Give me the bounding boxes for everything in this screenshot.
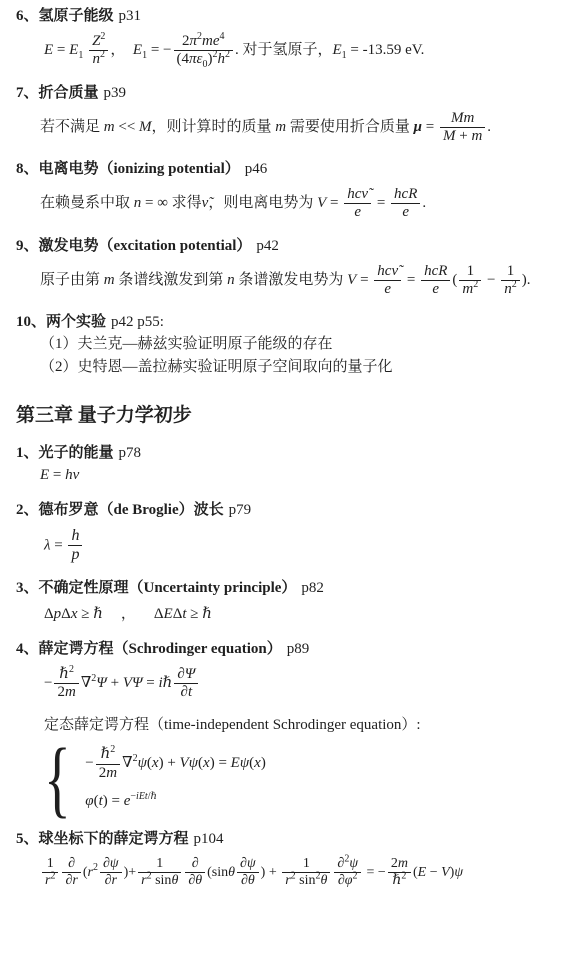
time-independent-note: 定态薛定谔方程（time-independent Schrodinger equ…	[44, 713, 568, 734]
de-broglie-formula: λ = hp	[44, 527, 568, 565]
uncertainty-formula: ΔpΔx ≥ ℏ ， ΔEΔt ≥ ℏ	[44, 605, 568, 625]
section-title: 2、德布罗意（de Broglie）波长	[16, 502, 224, 518]
section-title: 3、不确定性原理（Uncertainty principle）	[16, 580, 296, 596]
section-heading: 7、折合质量p39	[16, 83, 568, 104]
section-title: 1、光子的能量	[16, 445, 114, 461]
section-schrodinger-equation: 4、薛定谔方程（Schrodinger equation）p89 −ℏ22m∇2…	[16, 639, 568, 816]
section-title: 10、两个实验	[16, 314, 106, 330]
section-hydrogen-energy-levels: 6、氢原子能级p31 E = E1 Z2n2， E1 = −2π2me4(4πε…	[16, 6, 568, 69]
section-de-broglie-wavelength: 2、德布罗意（de Broglie）波长p79 λ = hp	[16, 500, 568, 565]
section-schrodinger-spherical: 5、球坐标下的薛定谔方程p104 1r2∂∂r(r2∂ψ∂r)+1r2 sinθ…	[16, 829, 568, 889]
section-title: 8、电离电势（ionizing potential）	[16, 161, 240, 177]
section-ionizing-potential: 8、电离电势（ionizing potential）p46 在赖曼系中取 n =…	[16, 159, 568, 222]
experiment-list: （1）夫兰克—赫兹实验证明原子能级的存在 （2）史特恩—盖拉赫实验证明原子空间取…	[40, 333, 568, 379]
section-heading: 6、氢原子能级p31	[16, 6, 568, 27]
page-reference: p89	[287, 641, 310, 657]
page-reference: p39	[104, 85, 127, 101]
excitation-potential-line: 原子由第 m 条谱线激发到第 n 条谱激发电势为 V = hcν̃e = hcR…	[40, 263, 568, 299]
system-equation-time: φ(t) = e−iEt/ℏ	[85, 792, 266, 812]
document-page: 6、氢原子能级p31 E = E1 Z2n2， E1 = −2π2me4(4πε…	[0, 0, 580, 912]
section-excitation-potential: 9、激发电势（excitation potential）p42 原子由第 m 条…	[16, 236, 568, 299]
schrodinger-time-dependent-formula: −ℏ22m∇2Ψ + VΨ = iℏ∂Ψ∂t	[44, 666, 568, 702]
section-heading: 8、电离电势（ionizing potential）p46	[16, 159, 568, 180]
section-heading: 9、激发电势（excitation potential）p42	[16, 236, 568, 257]
page-reference: p104	[194, 831, 224, 847]
experiment-item-franck-hertz: （1）夫兰克—赫兹实验证明原子能级的存在	[40, 333, 568, 356]
section-heading: 4、薛定谔方程（Schrodinger equation）p89	[16, 639, 568, 660]
section-title: 7、折合质量	[16, 85, 99, 101]
section-heading: 1、光子的能量p78	[16, 443, 568, 464]
section-heading: 3、不确定性原理（Uncertainty principle）p82	[16, 578, 568, 599]
section-heading: 5、球坐标下的薛定谔方程p104	[16, 829, 568, 850]
spherical-schrodinger-formula: 1r2∂∂r(r2∂ψ∂r)+1r2 sinθ∂∂θ(sinθ∂ψ∂θ) + 1…	[40, 856, 568, 889]
section-two-experiments: 10、两个实验p42 p55: （1）夫兰克—赫兹实验证明原子能级的存在 （2）…	[16, 312, 568, 379]
page-reference: p46	[245, 161, 268, 177]
section-title: 4、薛定谔方程（Schrodinger equation）	[16, 641, 282, 657]
section-photon-energy: 1、光子的能量p78 E = hν	[16, 443, 568, 486]
page-reference: p42 p55:	[111, 314, 164, 330]
left-brace: {	[44, 742, 71, 815]
experiment-item-stern-gerlach: （2）史特恩—盖拉赫实验证明原子空间取向的量子化	[40, 356, 568, 379]
section-heading: 2、德布罗意（de Broglie）波长p79	[16, 500, 568, 521]
system-equations: −ℏ22m∇2ψ(x) + Vψ(x) = Eψ(x) φ(t) = e−iEt…	[85, 746, 266, 811]
system-equation-spatial: −ℏ22m∇2ψ(x) + Vψ(x) = Eψ(x)	[85, 746, 266, 782]
section-uncertainty-principle: 3、不确定性原理（Uncertainty principle）p82 ΔpΔx …	[16, 578, 568, 625]
schrodinger-system: { −ℏ22m∇2ψ(x) + Vψ(x) = Eψ(x) φ(t) = e−i…	[44, 742, 568, 815]
section-title: 5、球坐标下的薛定谔方程	[16, 831, 189, 847]
page-reference: p31	[119, 8, 142, 24]
reduced-mass-line: 若不满足 m << M，则计算时的质量 m 需要使用折合质量 μ = MmM +…	[40, 110, 568, 146]
page-reference: p78	[119, 445, 142, 461]
page-reference: p79	[229, 502, 252, 518]
section-heading: 10、两个实验p42 p55:	[16, 312, 568, 333]
section-title: 6、氢原子能级	[16, 8, 114, 24]
hydrogen-energy-formula: E = E1 Z2n2， E1 = −2π2me4(4πε0)2h2. 对于氢原…	[44, 33, 568, 69]
section-reduced-mass: 7、折合质量p39 若不满足 m << M，则计算时的质量 m 需要使用折合质量…	[16, 83, 568, 146]
photon-energy-formula: E = hν	[40, 466, 568, 486]
page-reference: p42	[256, 238, 279, 254]
chapter-3-title: 第三章 量子力学初步	[16, 403, 568, 429]
ionizing-potential-line: 在赖曼系中取 n = ∞ 求得ν̃，则电离电势为 V = hcν̃e = hcR…	[40, 186, 568, 222]
section-title: 9、激发电势（excitation potential）	[16, 238, 251, 254]
page-reference: p82	[301, 580, 324, 596]
